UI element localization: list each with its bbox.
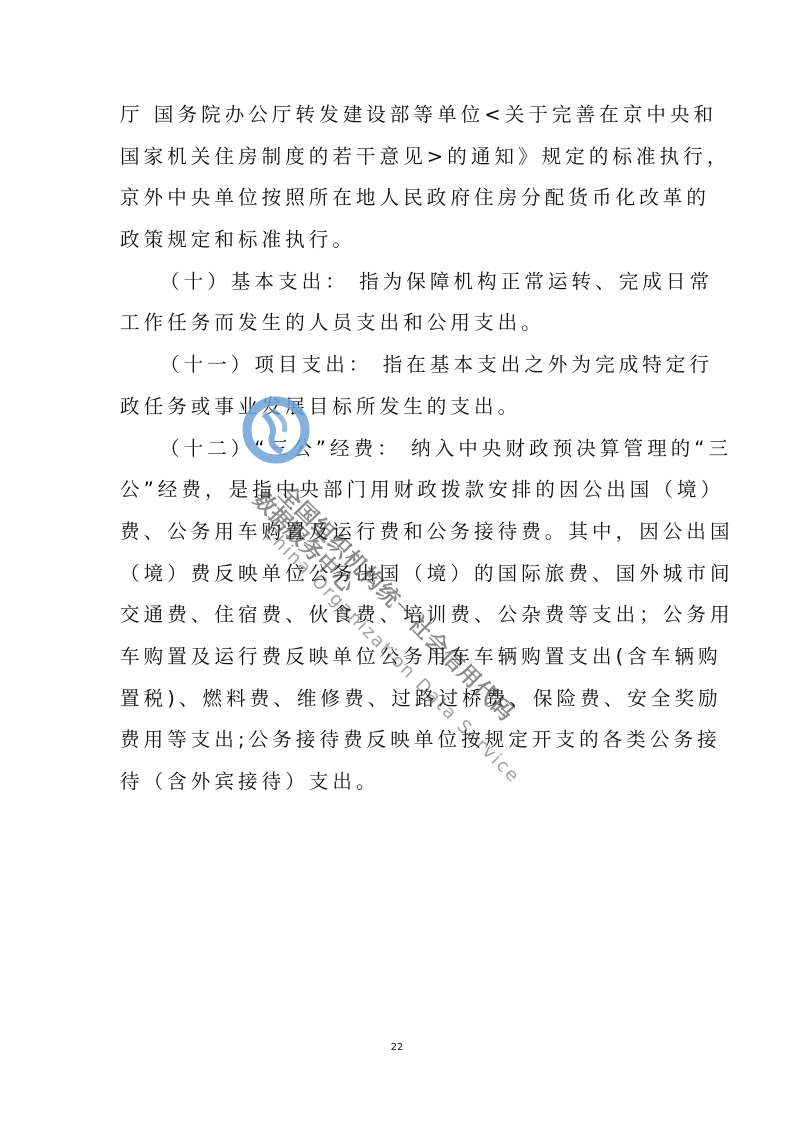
text-line: 京外中央单位按照所在地人民政府住房分配货币化改革的 bbox=[120, 177, 672, 219]
text-line: 费用等支出;公务接待费反映单位按规定开支的各类公务接 bbox=[120, 719, 672, 761]
text-line: 厅 国务院办公厅转发建设部等单位<关于完善在京中央和 bbox=[120, 94, 672, 136]
text-line: （境）费反映单位公务出国（境）的国际旅费、国外城市间 bbox=[120, 553, 672, 595]
section-heading-three-public-expenses: （十二）“三公”经费： 纳入中央财政预决算管理的“三 bbox=[120, 428, 672, 470]
section-heading-basic-expenditure: （十）基本支出： 指为保障机构正常运转、完成日常 bbox=[120, 261, 672, 303]
text-line: 政任务或事业发展目标所发生的支出。 bbox=[120, 386, 672, 428]
text-line: 置税)、燃料费、维修费、过路过桥费、保险费、安全奖励 bbox=[120, 678, 672, 720]
text-line: 待（含外宾接待）支出。 bbox=[120, 761, 672, 803]
text-line: 车购置及运行费反映单位公务用车车辆购置支出(含车辆购 bbox=[120, 636, 672, 678]
text-line: 交通费、住宿费、伙食费、培训费、公杂费等支出；公务用 bbox=[120, 594, 672, 636]
text-line: 费、公务用车购置及运行费和公务接待费。其中，因公出国 bbox=[120, 511, 672, 553]
text-line: 公”经费，是指中央部门用财政拨款安排的因公出国（境） bbox=[120, 469, 672, 511]
text-line: 政策规定和标准执行。 bbox=[120, 219, 672, 261]
document-body: 厅 国务院办公厅转发建设部等单位<关于完善在京中央和 国家机关住房制度的若干意见… bbox=[120, 94, 672, 803]
text-line: 工作任务而发生的人员支出和公用支出。 bbox=[120, 302, 672, 344]
page-number: 22 bbox=[0, 1042, 794, 1053]
document-page: 厅 国务院办公厅转发建设部等单位<关于完善在京中央和 国家机关住房制度的若干意见… bbox=[0, 0, 794, 1123]
section-heading-project-expenditure: （十一）项目支出： 指在基本支出之外为完成特定行 bbox=[120, 344, 672, 386]
text-line: 国家机关住房制度的若干意见>的通知》规定的标准执行， bbox=[120, 136, 672, 178]
